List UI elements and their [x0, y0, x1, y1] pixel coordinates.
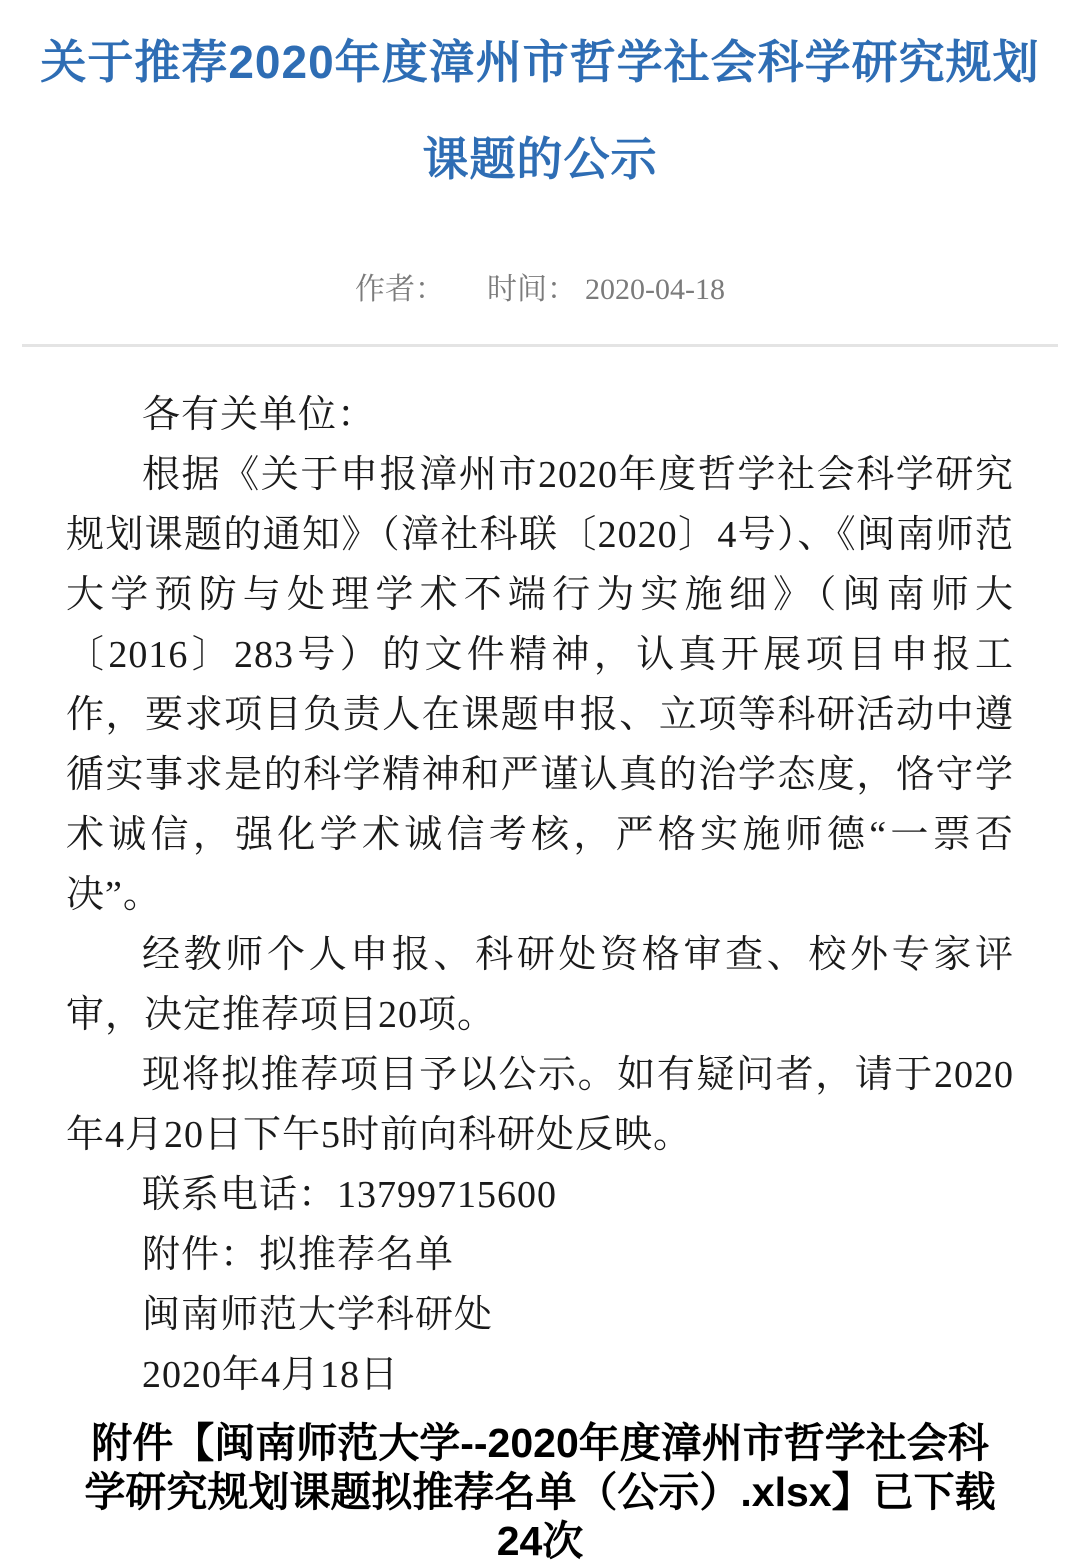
page-title-line-1: 关于推荐2020年度漳州市哲学社会科学研究规划 — [0, 14, 1080, 111]
paragraph-publicity-notice: 现将拟推荐项目予以公示。如有疑问者，请于2020年4月20日下午5时前向科研处反… — [66, 1045, 1014, 1165]
page-title-line-2: 课题的公示 — [0, 111, 1080, 208]
paragraph-issuer: 闽南师范大学科研处 — [66, 1285, 1014, 1345]
paragraph-review-result: 经教师个人申报、科研处资格审查、校外专家评审，决定推荐项目20项。 — [66, 925, 1014, 1045]
paragraph-attachment-note: 附件：拟推荐名单 — [66, 1225, 1014, 1285]
paragraph-basis: 根据《关于申报漳州市2020年度哲学社会科学研究规划课题的通知》（漳社科联〔20… — [66, 445, 1014, 925]
article-meta: 作者：时间：2020-04-18 — [0, 264, 1080, 308]
publish-date: 2020-04-18 — [585, 273, 725, 306]
time-label: 时间： — [487, 273, 577, 306]
attachment-download-line: 附件【闽南师范大学--2020年度漳州市哲学社会科学研究规划课题拟推荐名单（公示… — [75, 1419, 1005, 1566]
attachment-suffix: 】 — [832, 1469, 873, 1515]
article-body: 各有关单位： 根据《关于申报漳州市2020年度哲学社会科学研究规划课题的通知》（… — [0, 385, 1080, 1405]
paragraph-salutation: 各有关单位： — [66, 385, 1014, 445]
paragraph-contact-phone: 联系电话：13799715600 — [66, 1165, 1014, 1225]
paragraph-issue-date: 2020年4月18日 — [66, 1345, 1014, 1405]
page-title: 关于推荐2020年度漳州市哲学社会科学研究规划 课题的公示 — [0, 14, 1080, 208]
announcement-page: 关于推荐2020年度漳州市哲学社会科学研究规划 课题的公示 作者：时间：2020… — [0, 0, 1080, 1566]
header-divider — [22, 344, 1058, 347]
author-label: 作者： — [355, 273, 445, 306]
attachment-prefix: 附件【 — [91, 1420, 214, 1466]
